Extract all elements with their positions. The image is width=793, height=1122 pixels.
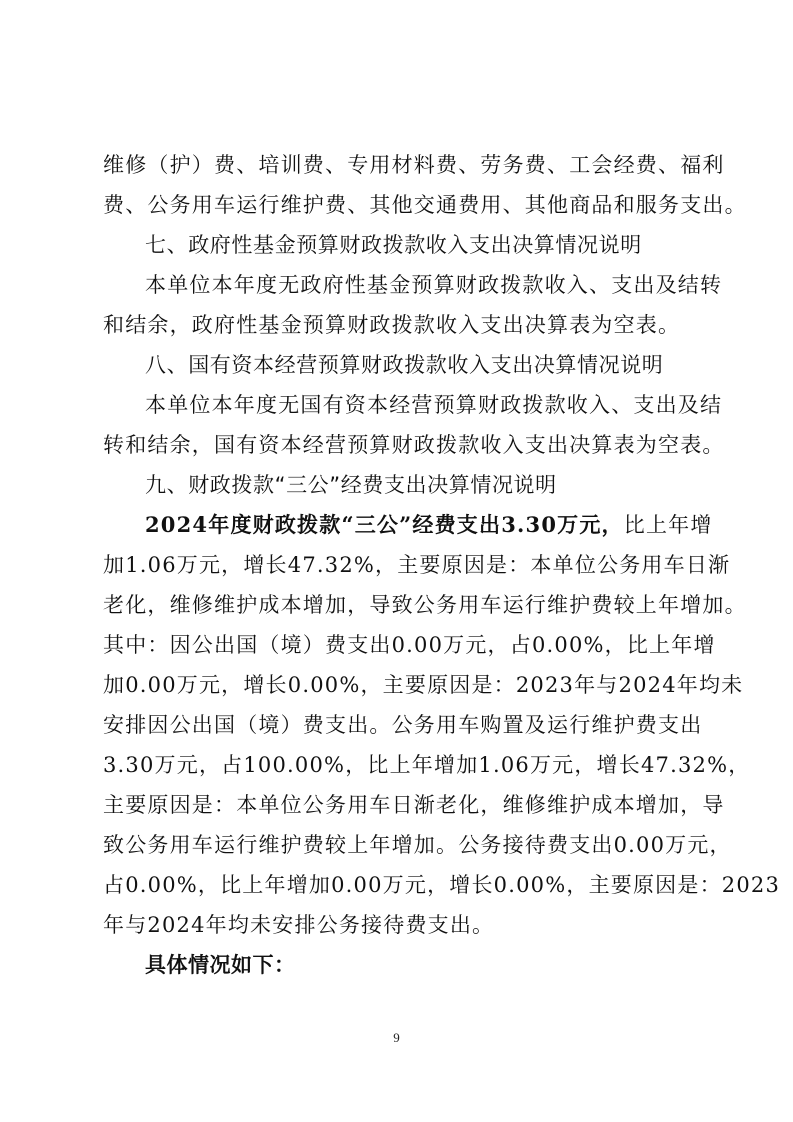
paragraph-line: 本单位本年度无国有资本经营预算财政拨款收入、支出及结 <box>103 385 695 425</box>
paragraph-line-summary: 2024年度财政拨款“三公”经费支出3.30万元，比上年增 <box>103 505 695 545</box>
paragraph-line: 加0.00万元，增长0.00%，主要原因是：2023年与2024年均未 <box>103 665 695 705</box>
paragraph-line: 占0.00%，比上年增加0.00万元，增长0.00%，主要原因是：2023 <box>103 865 695 905</box>
paragraph-line: 3.30万元，占100.00%，比上年增加1.06万元，增长47.32%， <box>103 745 695 785</box>
paragraph-line: 维修（护）费、培训费、专用材料费、劳务费、工会经费、福利 <box>103 145 695 185</box>
paragraph-line: 本单位本年度无政府性基金预算财政拨款收入、支出及结转 <box>103 265 695 305</box>
paragraph-line: 致公务用车运行维护费较上年增加。公务接待费支出0.00万元， <box>103 825 695 865</box>
summary-bold-text: 2024年度财政拨款“三公”经费支出3.30万元， <box>145 512 624 537</box>
section-heading-government-fund: 七、政府性基金预算财政拨款收入支出决算情况说明 <box>103 225 695 265</box>
page-number: 9 <box>0 1030 793 1046</box>
section-heading-state-capital: 八、国有资本经营预算财政拨款收入支出决算情况说明 <box>103 345 695 385</box>
details-label: 具体情况如下： <box>103 945 695 985</box>
paragraph-line: 老化，维修维护成本增加，导致公务用车运行维护费较上年增加。 <box>103 585 695 625</box>
paragraph-line: 安排因公出国（境）费支出。公务用车购置及运行维护费支出 <box>103 705 695 745</box>
paragraph-line: 和结余，政府性基金预算财政拨款收入支出决算表为空表。 <box>103 305 695 345</box>
section-heading-three-public-expenses: 九、财政拨款“三公”经费支出决算情况说明 <box>103 465 695 505</box>
paragraph-line: 加1.06万元，增长47.32%，主要原因是：本单位公务用车日渐 <box>103 545 695 585</box>
paragraph-line: 其中：因公出国（境）费支出0.00万元，占0.00%，比上年增 <box>103 625 695 665</box>
summary-text: 比上年增 <box>624 513 713 537</box>
paragraph-line: 主要原因是：本单位公务用车日渐老化，维修维护成本增加，导 <box>103 785 695 825</box>
paragraph-line: 年与2024年均未安排公务接待费支出。 <box>103 905 695 945</box>
paragraph-line: 转和结余，国有资本经营预算财政拨款收入支出决算表为空表。 <box>103 425 695 465</box>
document-page: 维修（护）费、培训费、专用材料费、劳务费、工会经费、福利 费、公务用车运行维护费… <box>103 145 695 985</box>
paragraph-line: 费、公务用车运行维护费、其他交通费用、其他商品和服务支出。 <box>103 185 695 225</box>
